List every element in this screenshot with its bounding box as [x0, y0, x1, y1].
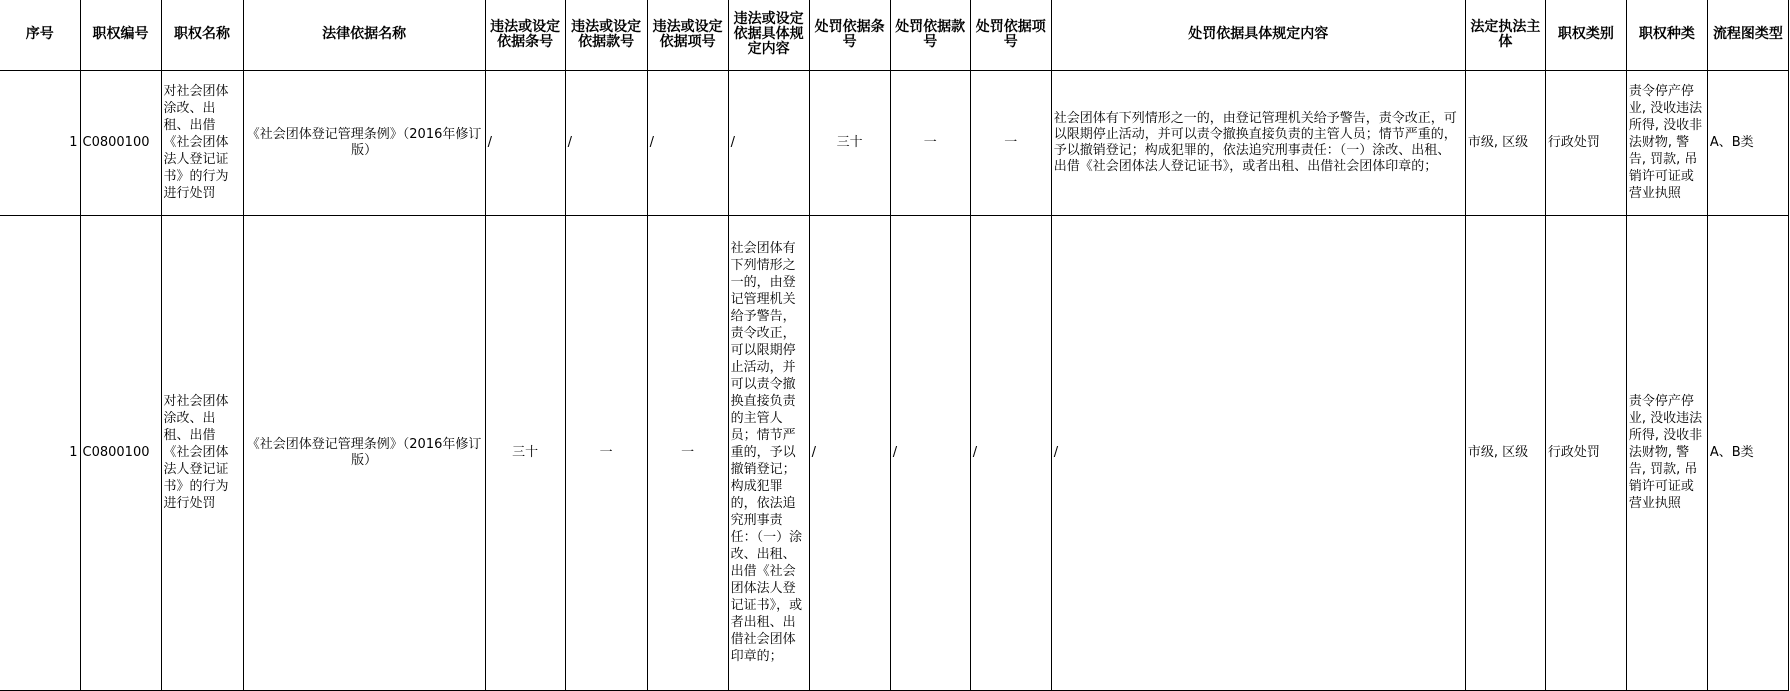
cell-violation-content: 社会团体有下列情形之一的，由登记管理机关给予警告，责令改正，可以限期停止活动，并… — [728, 215, 809, 690]
cell-violation-article: / — [485, 70, 565, 215]
cell-name: 对社会团体涂改、出租、出借《社会团体法人登记证书》的行为进行处罚 — [161, 70, 243, 215]
header-name: 职权名称 — [161, 0, 243, 70]
header-violation-content: 违法或设定依据具体规定内容 — [728, 0, 809, 70]
table-row: 1 C0800100 对社会团体涂改、出租、出借《社会团体法人登记证书》的行为进… — [0, 215, 1789, 690]
header-flow-type: 流程图类型 — [1707, 0, 1788, 70]
cell-penalty-content: / — [1051, 215, 1465, 690]
header-kind: 职权种类 — [1626, 0, 1707, 70]
cell-law: 《社会团体登记管理条例》（2016年修订版） — [243, 215, 485, 690]
table-row: 1 C0800100 对社会团体涂改、出租、出借《社会团体法人登记证书》的行为进… — [0, 70, 1789, 215]
cell-kind: 责令停产停业, 没收违法所得, 没收非法财物, 警告, 罚款, 吊销许可证或营业… — [1626, 215, 1707, 690]
cell-category: 行政处罚 — [1545, 70, 1626, 215]
cell-name: 对社会团体涂改、出租、出借《社会团体法人登记证书》的行为进行处罚 — [161, 215, 243, 690]
cell-violation-paragraph: / — [565, 70, 647, 215]
cell-law: 《社会团体登记管理条例》（2016年修订版） — [243, 70, 485, 215]
cell-authority: 市级, 区级 — [1465, 215, 1545, 690]
header-row: 序号 职权编号 职权名称 法律依据名称 违法或设定依据条号 违法或设定依据款号 … — [0, 0, 1789, 70]
header-category: 职权类别 — [1545, 0, 1626, 70]
header-code: 职权编号 — [80, 0, 161, 70]
cell-penalty-article: / — [809, 215, 890, 690]
header-violation-paragraph: 违法或设定依据款号 — [565, 0, 647, 70]
cell-seq: 1 — [0, 215, 80, 690]
cell-kind: 责令停产停业, 没收违法所得, 没收非法财物, 警告, 罚款, 吊销许可证或营业… — [1626, 70, 1707, 215]
header-seq: 序号 — [0, 0, 80, 70]
cell-penalty-paragraph: / — [890, 215, 970, 690]
cell-violation-paragraph: 一 — [565, 215, 647, 690]
cell-penalty-content: 社会团体有下列情形之一的，由登记管理机关给予警告，责令改正，可以限期停止活动，并… — [1051, 70, 1465, 215]
cell-code: C0800100 — [80, 70, 161, 215]
cell-code: C0800100 — [80, 215, 161, 690]
cell-category: 行政处罚 — [1545, 215, 1626, 690]
cell-violation-item: 一 — [647, 215, 728, 690]
header-violation-article: 违法或设定依据条号 — [485, 0, 565, 70]
cell-violation-article: 三十 — [485, 215, 565, 690]
cell-authority: 市级, 区级 — [1465, 70, 1545, 215]
header-violation-item: 违法或设定依据项号 — [647, 0, 728, 70]
cell-penalty-paragraph: 一 — [890, 70, 970, 215]
header-penalty-article: 处罚依据条号 — [809, 0, 890, 70]
header-penalty-content: 处罚依据具体规定内容 — [1051, 0, 1465, 70]
cell-penalty-item: / — [970, 215, 1051, 690]
header-penalty-item: 处罚依据项号 — [970, 0, 1051, 70]
header-law: 法律依据名称 — [243, 0, 485, 70]
cell-flow-type: A、B类 — [1707, 215, 1788, 690]
powers-table: 序号 职权编号 职权名称 法律依据名称 违法或设定依据条号 违法或设定依据款号 … — [0, 0, 1789, 691]
cell-violation-content: / — [728, 70, 809, 215]
cell-penalty-item: 一 — [970, 70, 1051, 215]
cell-penalty-article: 三十 — [809, 70, 890, 215]
header-authority: 法定执法主体 — [1465, 0, 1545, 70]
cell-seq: 1 — [0, 70, 80, 215]
header-penalty-paragraph: 处罚依据款号 — [890, 0, 970, 70]
cell-violation-item: / — [647, 70, 728, 215]
cell-flow-type: A、B类 — [1707, 70, 1788, 215]
